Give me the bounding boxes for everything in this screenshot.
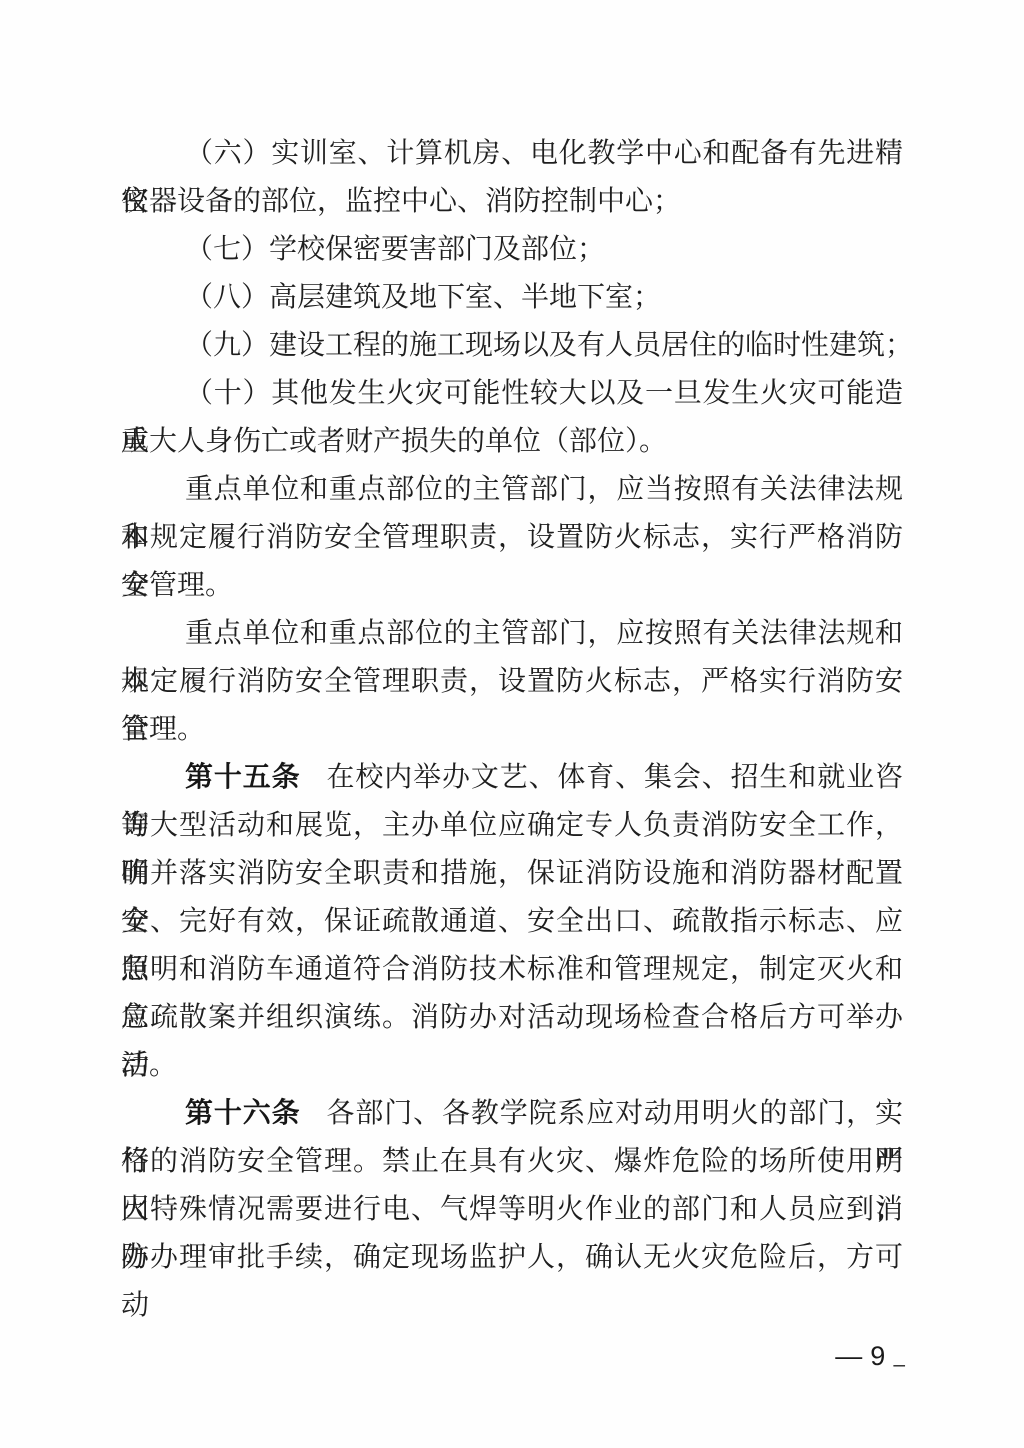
page-number-dash-left: —	[835, 1341, 862, 1371]
page-number-value: 9	[870, 1341, 885, 1371]
page-number-dash-right: –	[893, 1353, 905, 1376]
text-line-article-15-b: 等大型活动和展览，主办单位应确定专人负责消防安全工作，明	[121, 802, 903, 850]
text-line-para-key-units-2b: 规定履行消防安全管理职责，设置防火标志，严格实行消防安全	[121, 658, 903, 706]
text-line-item-8: （八）高层建筑及地下室、半地下室；	[121, 274, 903, 322]
document-page: （六）实训室、计算机房、电化教学中心和配备有先进精密 仪器设备的部位，监控中心、…	[0, 0, 1024, 1448]
text-line-article-15-e: 照明和消防车通道符合消防技术标准和管理规定，制定灭火和应	[121, 946, 903, 994]
text-line-article-16-b: 格的消防安全管理。禁止在具有火灾、爆炸危险的场所使用明火；	[121, 1138, 903, 1186]
text-line-item-10a: （十）其他发生火灾可能性较大以及一旦发生火灾可能造成	[121, 370, 903, 418]
document-body: （六）实训室、计算机房、电化教学中心和配备有先进精密 仪器设备的部位，监控中心、…	[121, 130, 903, 1282]
text-line-para-key-units-1c: 全管理。	[121, 562, 903, 610]
text-line-item-9: （九）建设工程的施工现场以及有人员居住的临时性建筑；	[121, 322, 903, 370]
page-number: —9–	[121, 1336, 905, 1379]
text-line-para-key-units-2c: 管理。	[121, 706, 903, 754]
text-line-article-16-d: 办办理审批手续，确定现场监护人，确认无火灾危险后，方可动	[121, 1234, 903, 1282]
text-line-para-key-units-2a: 重点单位和重点部位的主管部门，应按照有关法律法规和本	[121, 610, 903, 658]
text-line-item-7: （七）学校保密要害部门及部位；	[121, 226, 903, 274]
text-line-item-6a: （六）实训室、计算机房、电化教学中心和配备有先进精密	[121, 130, 903, 178]
text-line-item-10b: 重大人身伤亡或者财产损失的单位（部位）。	[121, 418, 903, 466]
text-line-article-16-start: 第十六条各部门、各教学院系应对动用明火的部门，实行严	[121, 1090, 903, 1138]
text-line-article-15-g: 动。	[121, 1042, 903, 1090]
article-15-number: 第十五条	[185, 762, 300, 793]
text-line-para-key-units-1a: 重点单位和重点部位的主管部门，应当按照有关法律法规和	[121, 466, 903, 514]
text-line-article-15-f: 急疏散案并组织演练。消防办对活动现场检查合格后方可举办活	[121, 994, 903, 1042]
text-line-para-key-units-1b: 本规定履行消防安全管理职责，设置防火标志，实行严格消防安	[121, 514, 903, 562]
text-line-article-15-c: 确并落实消防安全职责和措施，保证消防设施和消防器材配置安	[121, 850, 903, 898]
text-line-article-15-start: 第十五条在校内举办文艺、体育、集会、招生和就业咨询	[121, 754, 903, 802]
text-line-article-16-c: 因特殊情况需要进行电、气焊等明火作业的部门和人员应到消防	[121, 1186, 903, 1234]
text-line-item-6b: 仪器设备的部位，监控中心、消防控制中心；	[121, 178, 903, 226]
article-16-number: 第十六条	[185, 1098, 300, 1129]
text-line-article-15-d: 全、完好有效，保证疏散通道、安全出口、疏散指示标志、应急	[121, 898, 903, 946]
